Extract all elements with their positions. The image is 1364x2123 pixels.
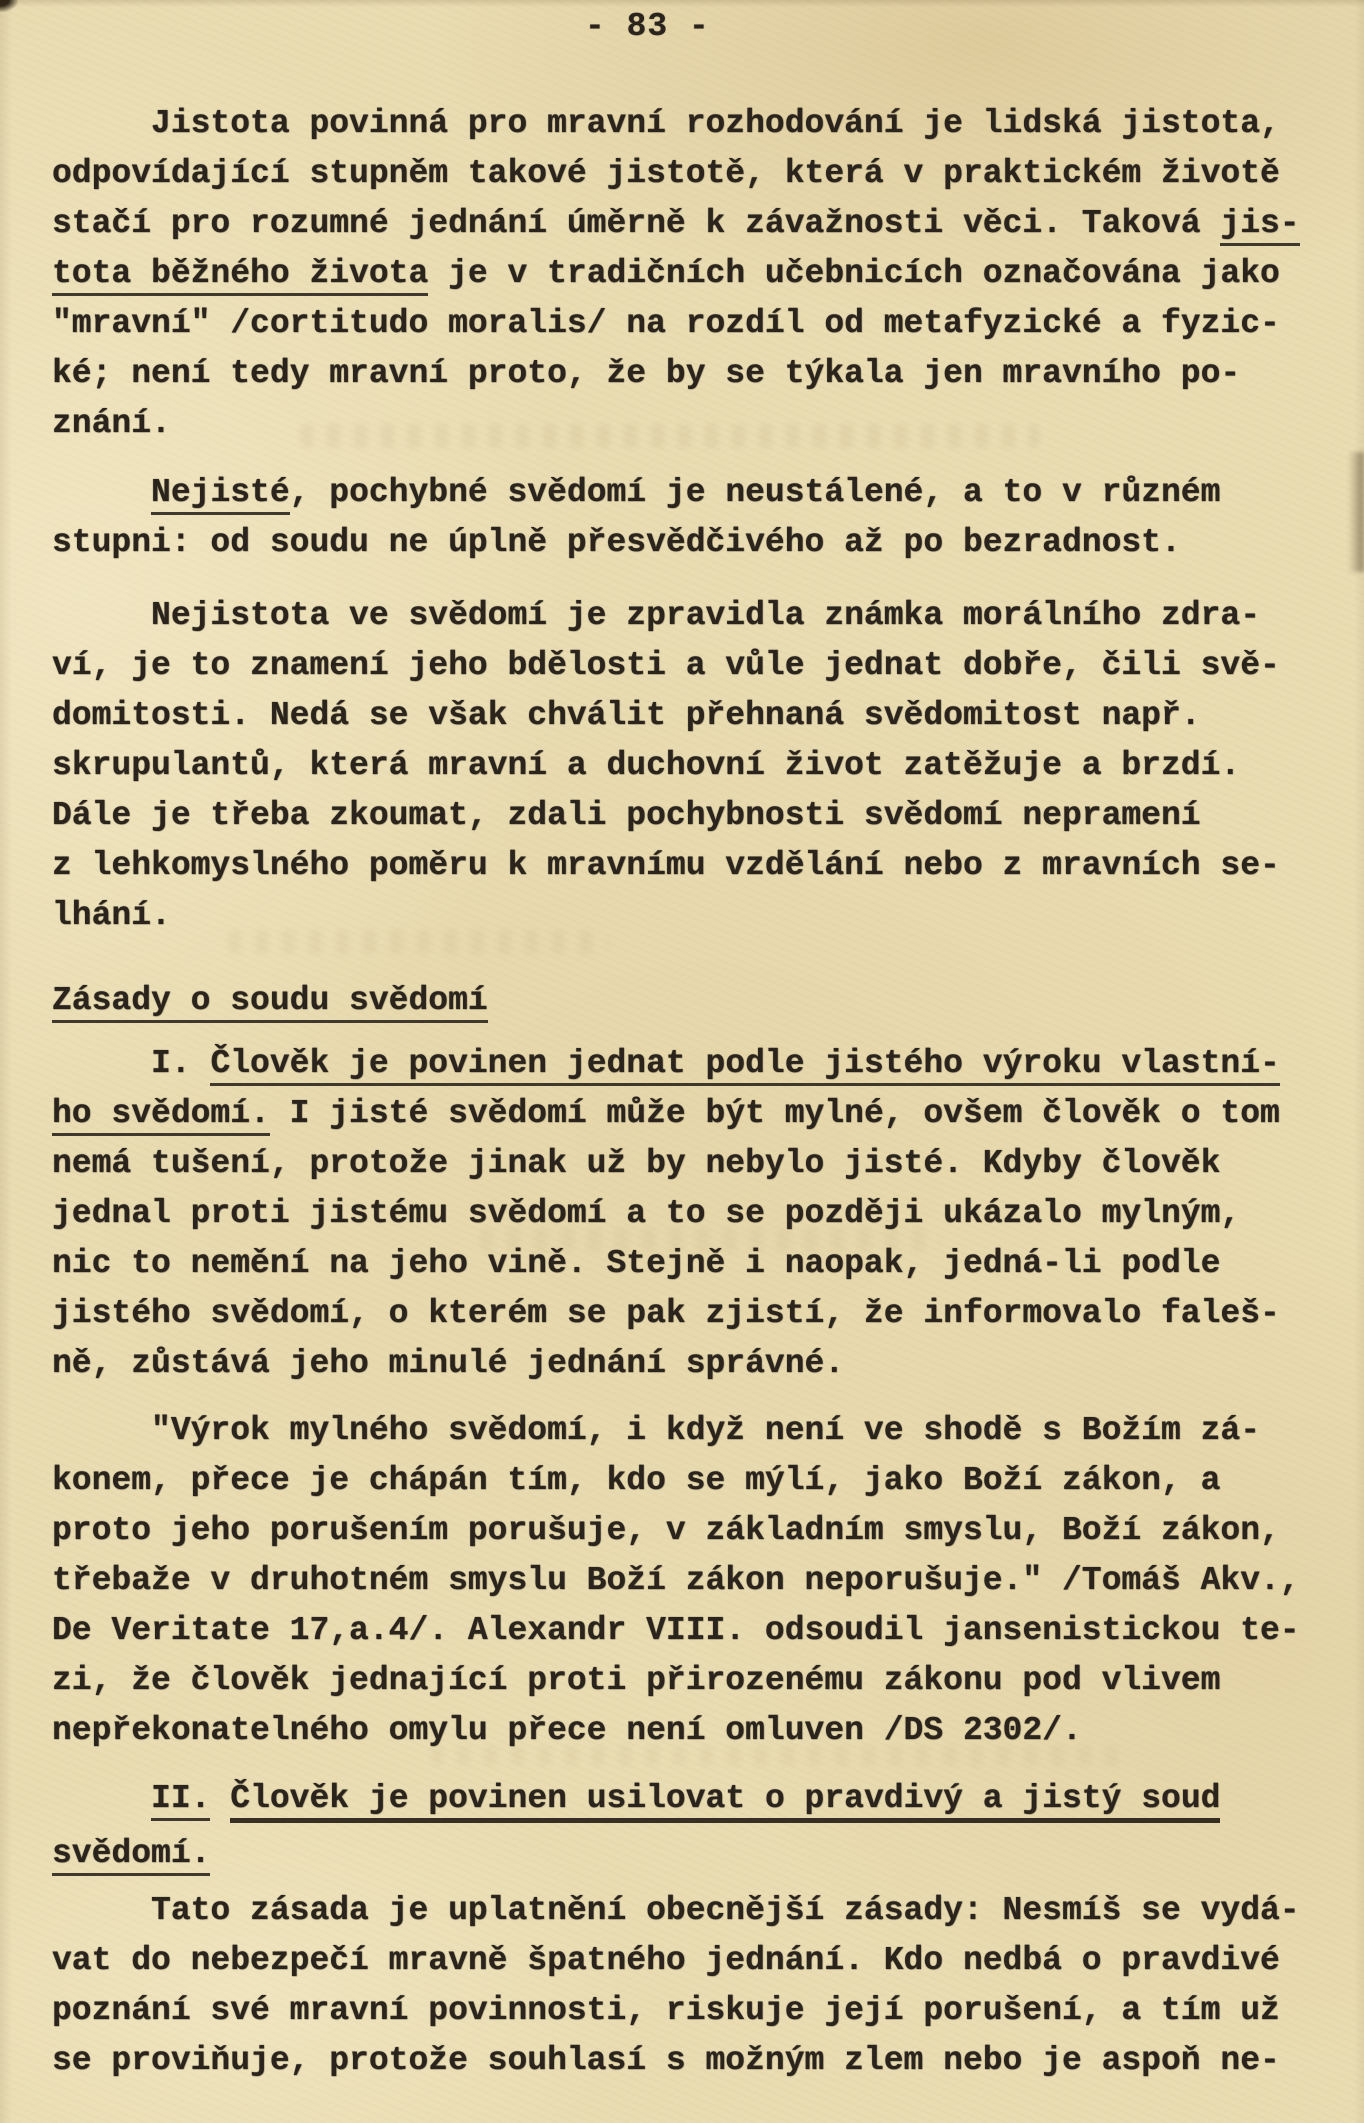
text-segment: nemá tušení, protože jinak už by nebylo … — [52, 1145, 1220, 1182]
text-segment: vat do nebezpečí mravně špatného jednání… — [52, 1942, 1280, 1979]
text-line: ví, je to znamení jeho bdělosti a vůle j… — [52, 641, 1342, 691]
text-line: vat do nebezpečí mravně špatného jednání… — [52, 1936, 1342, 1986]
text-segment: ně, zůstává jeho minulé jednání správné. — [52, 1345, 844, 1382]
paragraph-uncertain-conscience: Nejisté, pochybné svědomí je neustálené,… — [52, 468, 1342, 568]
text-segment: lhání. — [52, 897, 171, 934]
paragraph-principle-one: I. Člověk je povinen jednat podle jistéh… — [52, 1039, 1342, 1389]
paragraph-doubt-moral-health: Nejistota ve svědomí je zpravidla známka… — [52, 591, 1342, 941]
text-segment: zi, že člověk jednající proti přirozeném… — [52, 1662, 1220, 1699]
text-segment: znání. — [52, 405, 171, 442]
text-segment: proto jeho porušením porušuje, v základn… — [52, 1512, 1280, 1549]
text-segment: "Výrok mylného svědomí, i když není ve s… — [52, 1412, 1260, 1449]
text-segment: Jistota povinná pro mravní rozhodování j… — [52, 105, 1280, 142]
text-line: tota běžného života je v tradičních učeb… — [52, 249, 1342, 299]
section-heading-principles: Zásady o soudu svědomí — [52, 976, 1342, 1026]
text-segment: stupni: od soudu ne úplně přesvědčivého … — [52, 524, 1181, 561]
paragraph-aquinas-quote: "Výrok mylného svědomí, i když není ve s… — [52, 1406, 1342, 1756]
text-line: ké; není tedy mravní proto, že by se týk… — [52, 349, 1342, 399]
scan-edge-streak — [1348, 452, 1364, 572]
ghost-smudge — [480, 1228, 940, 1252]
underlined-text: Člověk je povinen usilovat o pravdivý a … — [230, 1780, 1220, 1823]
text-line: třebaže v druhotném smyslu Boží zákon ne… — [52, 1556, 1342, 1606]
scan-corner-mark — [0, 0, 18, 12]
text-line: zi, že člověk jednající proti přirozeném… — [52, 1656, 1342, 1706]
text-line: nemá tušení, protože jinak už by nebylo … — [52, 1139, 1342, 1189]
underlined-text: svědomí. — [52, 1835, 210, 1876]
text-segment: třebaže v druhotném smyslu Boží zákon ne… — [52, 1562, 1300, 1599]
text-segment: je v tradičních učebnicích označována ja… — [428, 255, 1280, 292]
underlined-text: jis- — [1220, 205, 1299, 246]
text-segment: ké; není tedy mravní proto, že by se týk… — [52, 355, 1240, 392]
text-segment: Dále je třeba zkoumat, zdali pochybnosti… — [52, 797, 1201, 834]
paragraph-principle-two-heading: II. Člověk je povinen usilovat o pravdiv… — [52, 1771, 1342, 1881]
text-line: odpovídající stupněm takové jistotě, kte… — [52, 149, 1342, 199]
text-segment — [52, 1780, 151, 1817]
text-line: II. Člověk je povinen usilovat o pravdiv… — [52, 1771, 1342, 1826]
text-line: Zásady o soudu svědomí — [52, 976, 1342, 1026]
text-segment: stačí pro rozumné jednání úměrně k závaž… — [52, 205, 1220, 242]
ghost-smudge — [430, 1746, 1130, 1766]
underlined-text: Zásady o soudu svědomí — [52, 982, 488, 1023]
text-line: se proviňuje, protože souhlasí s možným … — [52, 2036, 1342, 2086]
text-line: z lehkomyslného poměru k mravnímu vzdělá… — [52, 841, 1342, 891]
text-segment: Tato zásada je uplatnění obecnější zásad… — [52, 1892, 1300, 1929]
ghost-smudge — [300, 424, 1040, 448]
text-segment: I. — [52, 1045, 210, 1082]
text-segment: jednal proti jistému svědomí a to se poz… — [52, 1195, 1240, 1232]
text-line: stačí pro rozumné jednání úměrně k závaž… — [52, 199, 1342, 249]
text-line: Jistota povinná pro mravní rozhodování j… — [52, 99, 1342, 149]
text-line: Tato zásada je uplatnění obecnější zásad… — [52, 1886, 1342, 1936]
text-line: poznání své mravní povinnosti, riskuje j… — [52, 1986, 1342, 2036]
ghost-smudge — [228, 930, 608, 954]
text-line: "Výrok mylného svědomí, i když není ve s… — [52, 1406, 1342, 1456]
text-line: Nejistota ve svědomí je zpravidla známka… — [52, 591, 1342, 641]
text-segment: ví, je to znamení jeho bdělosti a vůle j… — [52, 647, 1280, 684]
underlined-text: ho svědomí. — [52, 1095, 270, 1136]
text-line: konem, přece je chápán tím, kdo se mýlí,… — [52, 1456, 1342, 1506]
text-line: "mravní" /cortitudo moralis/ na rozdíl o… — [52, 299, 1342, 349]
text-segment: I jisté svědomí může být mylné, ovšem čl… — [270, 1095, 1280, 1132]
underlined-text: II. — [151, 1780, 210, 1821]
text-segment: se proviňuje, protože souhlasí s možným … — [52, 2042, 1280, 2079]
text-segment: z lehkomyslného poměru k mravnímu vzdělá… — [52, 847, 1280, 884]
text-line: jistého svědomí, o kterém se pak zjistí,… — [52, 1289, 1342, 1339]
text-segment: "mravní" /cortitudo moralis/ na rozdíl o… — [52, 305, 1280, 342]
text-segment: odpovídající stupněm takové jistotě, kte… — [52, 155, 1280, 192]
text-line: ho svědomí. I jisté svědomí může být myl… — [52, 1089, 1342, 1139]
text-line: De Veritate 17,a.4/. Alexandr VIII. odso… — [52, 1606, 1342, 1656]
text-segment: Nejistota ve svědomí je zpravidla známka… — [52, 597, 1260, 634]
text-line: skrupulantů, která mravní a duchovní živ… — [52, 741, 1342, 791]
text-line: ně, zůstává jeho minulé jednání správné. — [52, 1339, 1342, 1389]
text-segment: jistého svědomí, o kterém se pak zjistí,… — [52, 1295, 1280, 1332]
text-line: svědomí. — [52, 1826, 1342, 1881]
paragraph-certainty: Jistota povinná pro mravní rozhodování j… — [52, 99, 1342, 449]
text-segment: domitosti. Nedá se však chválit přehnaná… — [52, 697, 1201, 734]
underlined-text: Člověk je povinen jednat podle jistého v… — [210, 1045, 1279, 1086]
text-line: Nejisté, pochybné svědomí je neustálené,… — [52, 468, 1342, 518]
text-segment: nepřekonatelného omylu přece není omluve… — [52, 1712, 1082, 1749]
text-segment — [210, 1780, 230, 1817]
underlined-text: Nejisté — [151, 474, 290, 515]
text-segment: , pochybné svědomí je neustálené, a to v… — [290, 474, 1221, 511]
text-line: domitosti. Nedá se však chválit přehnaná… — [52, 691, 1342, 741]
page-number: - 83 - — [585, 2, 710, 52]
text-line: Dále je třeba zkoumat, zdali pochybnosti… — [52, 791, 1342, 841]
underlined-text: tota běžného života — [52, 255, 428, 296]
text-segment: De Veritate 17,a.4/. Alexandr VIII. odso… — [52, 1612, 1300, 1649]
document-page: - 83 - Jistota povinná pro mravní rozhod… — [0, 0, 1364, 2123]
text-line: proto jeho porušením porušuje, v základn… — [52, 1506, 1342, 1556]
text-segment: poznání své mravní povinnosti, riskuje j… — [52, 1992, 1280, 2029]
text-segment: skrupulantů, která mravní a duchovní živ… — [52, 747, 1240, 784]
text-line: I. Člověk je povinen jednat podle jistéh… — [52, 1039, 1342, 1089]
text-segment: konem, přece je chápán tím, kdo se mýlí,… — [52, 1462, 1220, 1499]
text-segment — [52, 474, 151, 511]
paragraph-principle-two-body: Tato zásada je uplatnění obecnější zásad… — [52, 1886, 1342, 2086]
text-line: stupni: od soudu ne úplně přesvědčivého … — [52, 518, 1342, 568]
